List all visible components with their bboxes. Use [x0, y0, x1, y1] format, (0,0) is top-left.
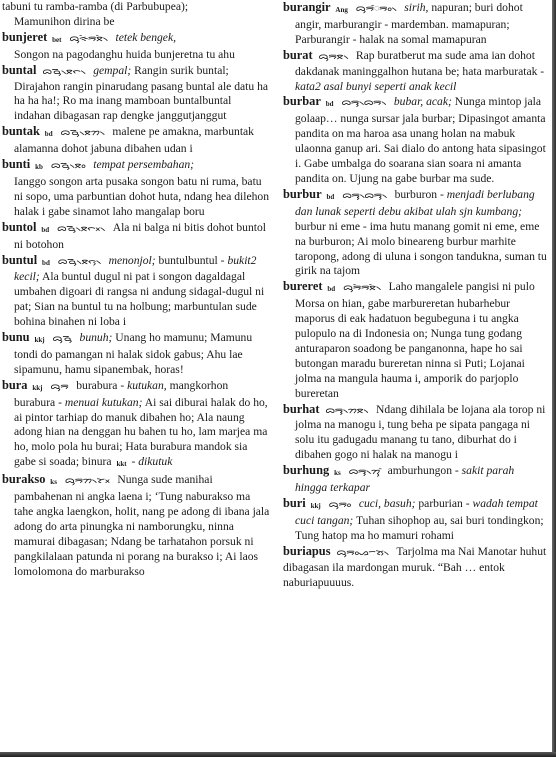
gloss: menonjol;: [109, 254, 156, 267]
dictionary-page: tabuni tu ramba-ramba (di Parbubupea); M…: [0, 0, 552, 752]
pos-tag: ks: [50, 478, 57, 486]
batak-script: ᯅᯮᯐᯩᯒᯩᯖ᯲: [69, 34, 107, 44]
batak-script: ᯅᯮᯒᯖ᯲: [319, 52, 349, 62]
definition: amburhungon -: [388, 464, 462, 477]
headword: buri: [283, 496, 306, 510]
headword: buntol: [2, 220, 36, 234]
entry-buri: buri kkj ᯅᯮᯒᯪ cuci, basuh; parburian - w…: [283, 496, 549, 544]
gloss: tempat persembahan;: [93, 158, 194, 171]
gloss: bunuh;: [80, 331, 113, 344]
entry-bunu: bunu kkj ᯅᯮᯉᯮ bunuh; Unang ho mamunu; Ma…: [2, 330, 270, 378]
right-column: burangir Ang ᯅᯮᯒᯰᯪᯒ᯲ sirih, napuran; bur…: [283, 0, 549, 590]
definition: -: [129, 455, 139, 468]
definition: burburon -: [395, 188, 447, 201]
headword: buntal: [2, 63, 36, 77]
pos-tag: bd: [326, 193, 334, 201]
entry-bunti: bunti kb ᯅᯮᯉ᯲ᯖᯪ tempat persembahan; Iang…: [2, 157, 270, 220]
pos-tag: kb: [35, 163, 43, 171]
definition: Laho mangalele pangisi ni pulo Morsa on …: [295, 280, 535, 399]
batak-script: ᯅᯮᯉ᯲ᯖᯮᯞ᯲: [58, 257, 101, 267]
pos-tag: bd: [327, 285, 335, 293]
continuation-line: Mamunihon dirina be: [2, 15, 270, 30]
pos-tag: bd: [45, 130, 53, 138]
headword: burangir: [283, 0, 331, 14]
gloss: cuci, basuh;: [359, 497, 416, 510]
batak-script: ᯅᯮᯒ: [50, 382, 68, 392]
definition: buntulbuntul -: [156, 254, 228, 267]
batak-script: ᯅᯮᯉ᯲ᯖᯬᯞ᯲: [57, 224, 105, 234]
headword: buntak: [2, 124, 40, 138]
entry-bunjeret: bunjeret bet ᯅᯮᯐᯩᯒᯩᯖ᯲ tetek bengek, Song…: [2, 30, 270, 63]
pos-tag: kkj: [32, 384, 42, 392]
entry-buntol: buntol bd ᯅᯮᯉ᯲ᯖᯬᯞ᯲ Ala ni balga ni bitis…: [2, 220, 270, 253]
headword: burhung: [283, 463, 329, 477]
headword: bura: [2, 378, 27, 392]
definition: burbur ni eme - ima hutu manang gomit ni…: [295, 220, 547, 278]
batak-script: ᯅᯮᯒᯂ᯲ᯘᯬ: [65, 476, 110, 486]
definition: parburian -: [415, 497, 472, 510]
entry-buntal: buntal ᯅᯮᯉ᯲ᯖᯞ᯲ gempal; Rangin surik bunt…: [2, 63, 270, 125]
headword: bunu: [2, 330, 30, 344]
gloss: gempal;: [93, 64, 131, 77]
batak-script: ᯅᯮᯉ᯲ᯖᯞ᯲: [42, 67, 85, 77]
definition: Ianggo songon arta pusaka songon batu ni…: [14, 175, 269, 218]
entry-buriapus: buriapus ᯅᯮᯒᯪᯀᯇᯮᯘ᯲ Tarjolma ma Nai Manot…: [283, 544, 549, 591]
batak-script: ᯅᯮᯉ᯲ᯖᯪ: [51, 161, 85, 171]
headword: burbur: [283, 187, 322, 201]
headword: burat: [283, 48, 313, 62]
pos-tag: kkt: [116, 460, 126, 468]
definition: Songon na pagodanghu huida bunjeretna tu…: [14, 48, 235, 61]
gloss: tetek bengek,: [115, 31, 176, 44]
entry-bureret: bureret bd ᯅᯮᯒᯩᯒᯩᯖ᯲ Laho mangalele pangi…: [283, 279, 549, 401]
pos-tag: bd: [326, 100, 334, 108]
page-shadow-bottom: [0, 752, 556, 757]
left-column: tabuni tu ramba-ramba (di Parbubupea); M…: [2, 0, 270, 580]
definition: Ala buntul dugul ni pat i songon dagalda…: [14, 270, 264, 328]
pos-tag: kkj: [34, 336, 44, 344]
definition: Nunga mintop jala golaap… nunga sursar j…: [295, 95, 546, 185]
gloss: sirih,: [404, 1, 428, 14]
sub-gloss: kutukan,: [127, 379, 167, 392]
headword: burhat: [283, 402, 320, 416]
entry-burakso: burakso ks ᯅᯮᯒᯂ᯲ᯘᯬ Nunga sude manihai pa…: [2, 472, 270, 579]
pos-tag: bet: [52, 36, 61, 44]
definition: Nunga sude manihai pambahenan ni angka l…: [14, 473, 269, 577]
batak-script: ᯅᯮᯉᯮ: [53, 334, 72, 344]
sub-gloss: menuai kutukan;: [65, 396, 143, 409]
headword: burbar: [283, 94, 321, 108]
sub-gloss: dikutuk: [138, 455, 172, 468]
definition: Ala ni balga ni bitis dohot buntol ni bo…: [14, 221, 266, 251]
batak-script: ᯅᯮᯒᯪᯀᯇᯮᯘ᯲: [336, 548, 388, 558]
gloss: bubar, acak;: [394, 95, 452, 108]
pos-tag: Ang: [335, 6, 347, 14]
definition: burabura -: [76, 379, 127, 392]
entry-burat: burat ᯅᯮᯒᯖ᯲ Rap buratberut ma sude ama i…: [283, 48, 549, 95]
entry-burbar: burbar bd ᯅᯮᯒ᯲ᯅᯒ᯲ bubar, acak; Nunga min…: [283, 94, 549, 186]
continuation-line: tabuni tu ramba-ramba (di Parbubupea);: [2, 0, 270, 15]
entry-buntul: buntul bd ᯅᯮᯉ᯲ᯖᯮᯞ᯲ menonjol; buntulbuntu…: [2, 253, 270, 331]
entry-burhat: burhat ᯅᯮᯒ᯲ᯂᯖ᯲ Ndang dihilala be lojana …: [283, 402, 549, 464]
headword: bureret: [283, 279, 322, 293]
pos-tag: bd: [42, 259, 50, 267]
batak-script: ᯅᯮᯒ᯲ᯅᯒ᯲: [341, 98, 385, 108]
pos-tag: ks: [334, 469, 341, 477]
headword: buntul: [2, 253, 37, 267]
headword: bunjeret: [2, 30, 47, 44]
batak-script: ᯅᯮᯉ᯲ᯖᯂ᯲: [61, 128, 105, 138]
batak-script: ᯅᯮᯒᯰᯪᯒ᯲: [356, 4, 397, 14]
entry-burhung: burhung ks ᯅᯮᯒ᯲ᯂᯮᯰ amburhungon - sakit p…: [283, 463, 549, 496]
pos-tag: bd: [41, 226, 49, 234]
page-shadow-right: [552, 0, 556, 757]
sub-gloss: kata2 asal bunyi seperti anak kecil: [295, 80, 456, 93]
pos-tag: kkj: [311, 502, 321, 510]
batak-script: ᯅᯮᯒ᯲ᯂᯮᯰ: [349, 467, 380, 477]
definition: Unang ho mamunu; Mamunu tondi do pamanga…: [14, 331, 252, 376]
entry-burangir: burangir Ang ᯅᯮᯒᯰᯪᯒ᯲ sirih, napuran; bur…: [283, 0, 549, 48]
headword: buriapus: [283, 544, 331, 558]
batak-script: ᯅᯮᯒ᯲ᯂᯖ᯲: [325, 406, 368, 416]
entry-bura: bura kkj ᯅᯮᯒ burabura - kutukan, mangkor…: [2, 378, 270, 472]
entry-burbur: burbur bd ᯅᯮᯒ᯲ᯅᯮᯒ᯲ burburon - menjadi be…: [283, 187, 549, 279]
batak-script: ᯅᯮᯒᯩᯒᯩᯖ᯲: [343, 283, 381, 293]
entry-buntak: buntak bd ᯅᯮᯉ᯲ᯖᯂ᯲ malene pe amakna, marb…: [2, 124, 270, 157]
batak-script: ᯅᯮᯒᯪ: [329, 500, 351, 510]
headword: bunti: [2, 157, 30, 171]
batak-script: ᯅᯮᯒ᯲ᯅᯮᯒ᯲: [342, 191, 386, 201]
headword: burakso: [2, 472, 45, 486]
